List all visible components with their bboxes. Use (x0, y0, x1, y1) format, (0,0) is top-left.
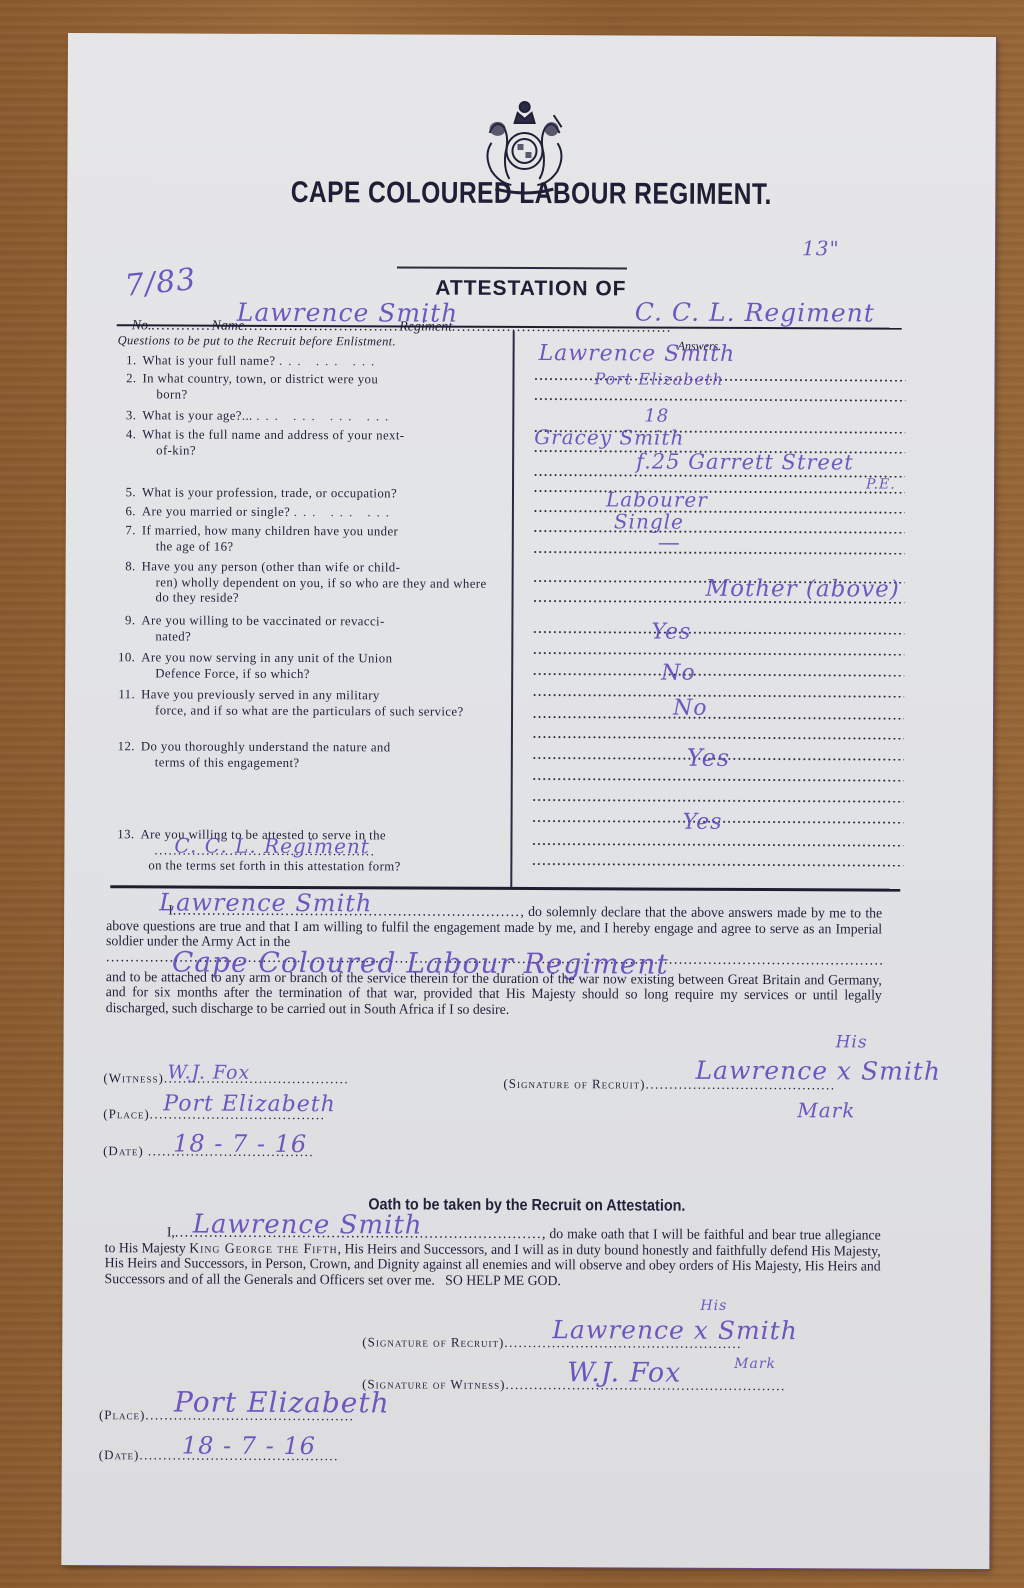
declaration-name: Lawrence Smith (159, 888, 372, 917)
question-2: 2.In what country, town, or district wer… (114, 371, 499, 404)
questions-heading: Questions to be put to the Recruit befor… (118, 333, 396, 349)
attestation-form: CAPE COLOURED LABOUR REGIMENT. ATTESTATI… (61, 33, 996, 1569)
answer-line (532, 736, 904, 740)
question-7: 7.If married, how many children have you… (114, 523, 499, 556)
answer-line (532, 799, 904, 803)
witness-value: W.J. Fox (167, 1061, 250, 1083)
answer-line (532, 778, 904, 782)
answer-13: Yes (683, 810, 723, 835)
title-divider (397, 266, 627, 269)
answer-8: Mother (above) (706, 576, 900, 603)
recruit-signature: Lawrence x Smith (695, 1056, 941, 1086)
answer-7: — (658, 531, 681, 556)
place-value: Port Elizabeth (163, 1091, 336, 1117)
column-divider (510, 331, 514, 887)
answer-line (533, 398, 905, 402)
question-5: 5.What is your profession, trade, or occ… (114, 485, 499, 502)
margin-note: 13" (802, 236, 840, 260)
answer-10: No (661, 661, 696, 686)
question-4: 4.What is the full name and address of y… (114, 427, 499, 460)
question-6: 6.Are you married or single? ... ... ... (114, 504, 499, 521)
answer-12: Yes (687, 744, 730, 772)
question-1: 1.What is your full name? ... ... ... (115, 353, 500, 370)
oath-witness-signature: W.J. Fox (567, 1357, 681, 1388)
answer-line (533, 530, 905, 534)
oath-date-value: 18 - 7 - 16 (182, 1432, 316, 1461)
answer-line (532, 694, 904, 698)
answer-line (533, 474, 905, 478)
name-value: Lawrence Smith (237, 298, 459, 328)
answer-4-address: f.25 Garrett Street (636, 449, 854, 474)
oath-mark-label: Mark (734, 1356, 776, 1372)
oath-name: Lawrence Smith (193, 1210, 423, 1241)
answer-11: No (673, 696, 708, 721)
answer-line (533, 510, 905, 514)
recruit-mark-label: Mark (797, 1098, 855, 1122)
answer-line (533, 551, 905, 555)
date-value: 18 - 7 - 16 (173, 1129, 307, 1158)
answer-line (532, 631, 904, 635)
question-11: 11.Have you previously served in any mil… (113, 687, 498, 720)
answer-line (532, 673, 904, 677)
answer-3: 18 (644, 406, 669, 427)
answer-2: Port Elizabeth (594, 369, 723, 389)
question-13-fill: C. C. L. Regiment (174, 833, 370, 858)
answer-9: Yes (651, 620, 691, 645)
answer-5: Labourer (606, 487, 708, 511)
answer-line (532, 652, 904, 656)
oath-recruit-signature: Lawrence x Smith (552, 1315, 798, 1345)
oath-mark-his: His (700, 1298, 727, 1314)
answer-dotted-lines (68, 33, 996, 37)
question-10: 10.Are you now serving in any unit of th… (113, 650, 498, 683)
answer-4-city: P.E. (866, 476, 896, 492)
answer-line (531, 863, 903, 867)
regiment-value: C. C. L. Regiment (635, 297, 875, 327)
question-8: 8.Have you any person (other than wife o… (114, 559, 499, 607)
question-3: 3.What is your age?... ... ... ... ... (114, 408, 499, 425)
form-title: CAPE COLOURED LABOUR REGIMENT. (151, 175, 912, 212)
question-9: 9.Are you willing to be vaccinated or re… (113, 613, 498, 646)
declaration-regiment: Cape Coloured Labour Regiment (172, 945, 669, 980)
answer-line (533, 490, 905, 494)
oath-place-value: Port Elizabeth (174, 1385, 390, 1419)
answer-4-name: Gracey Smith (534, 425, 684, 450)
recruit-mark-his: His (836, 1032, 868, 1052)
answer-line (532, 716, 904, 720)
no-value: 7/83 (123, 262, 198, 304)
answer-line (531, 843, 903, 847)
answer-1: Lawrence Smith (539, 341, 736, 367)
question-12: 12.Do you thoroughly understand the natu… (113, 739, 498, 772)
